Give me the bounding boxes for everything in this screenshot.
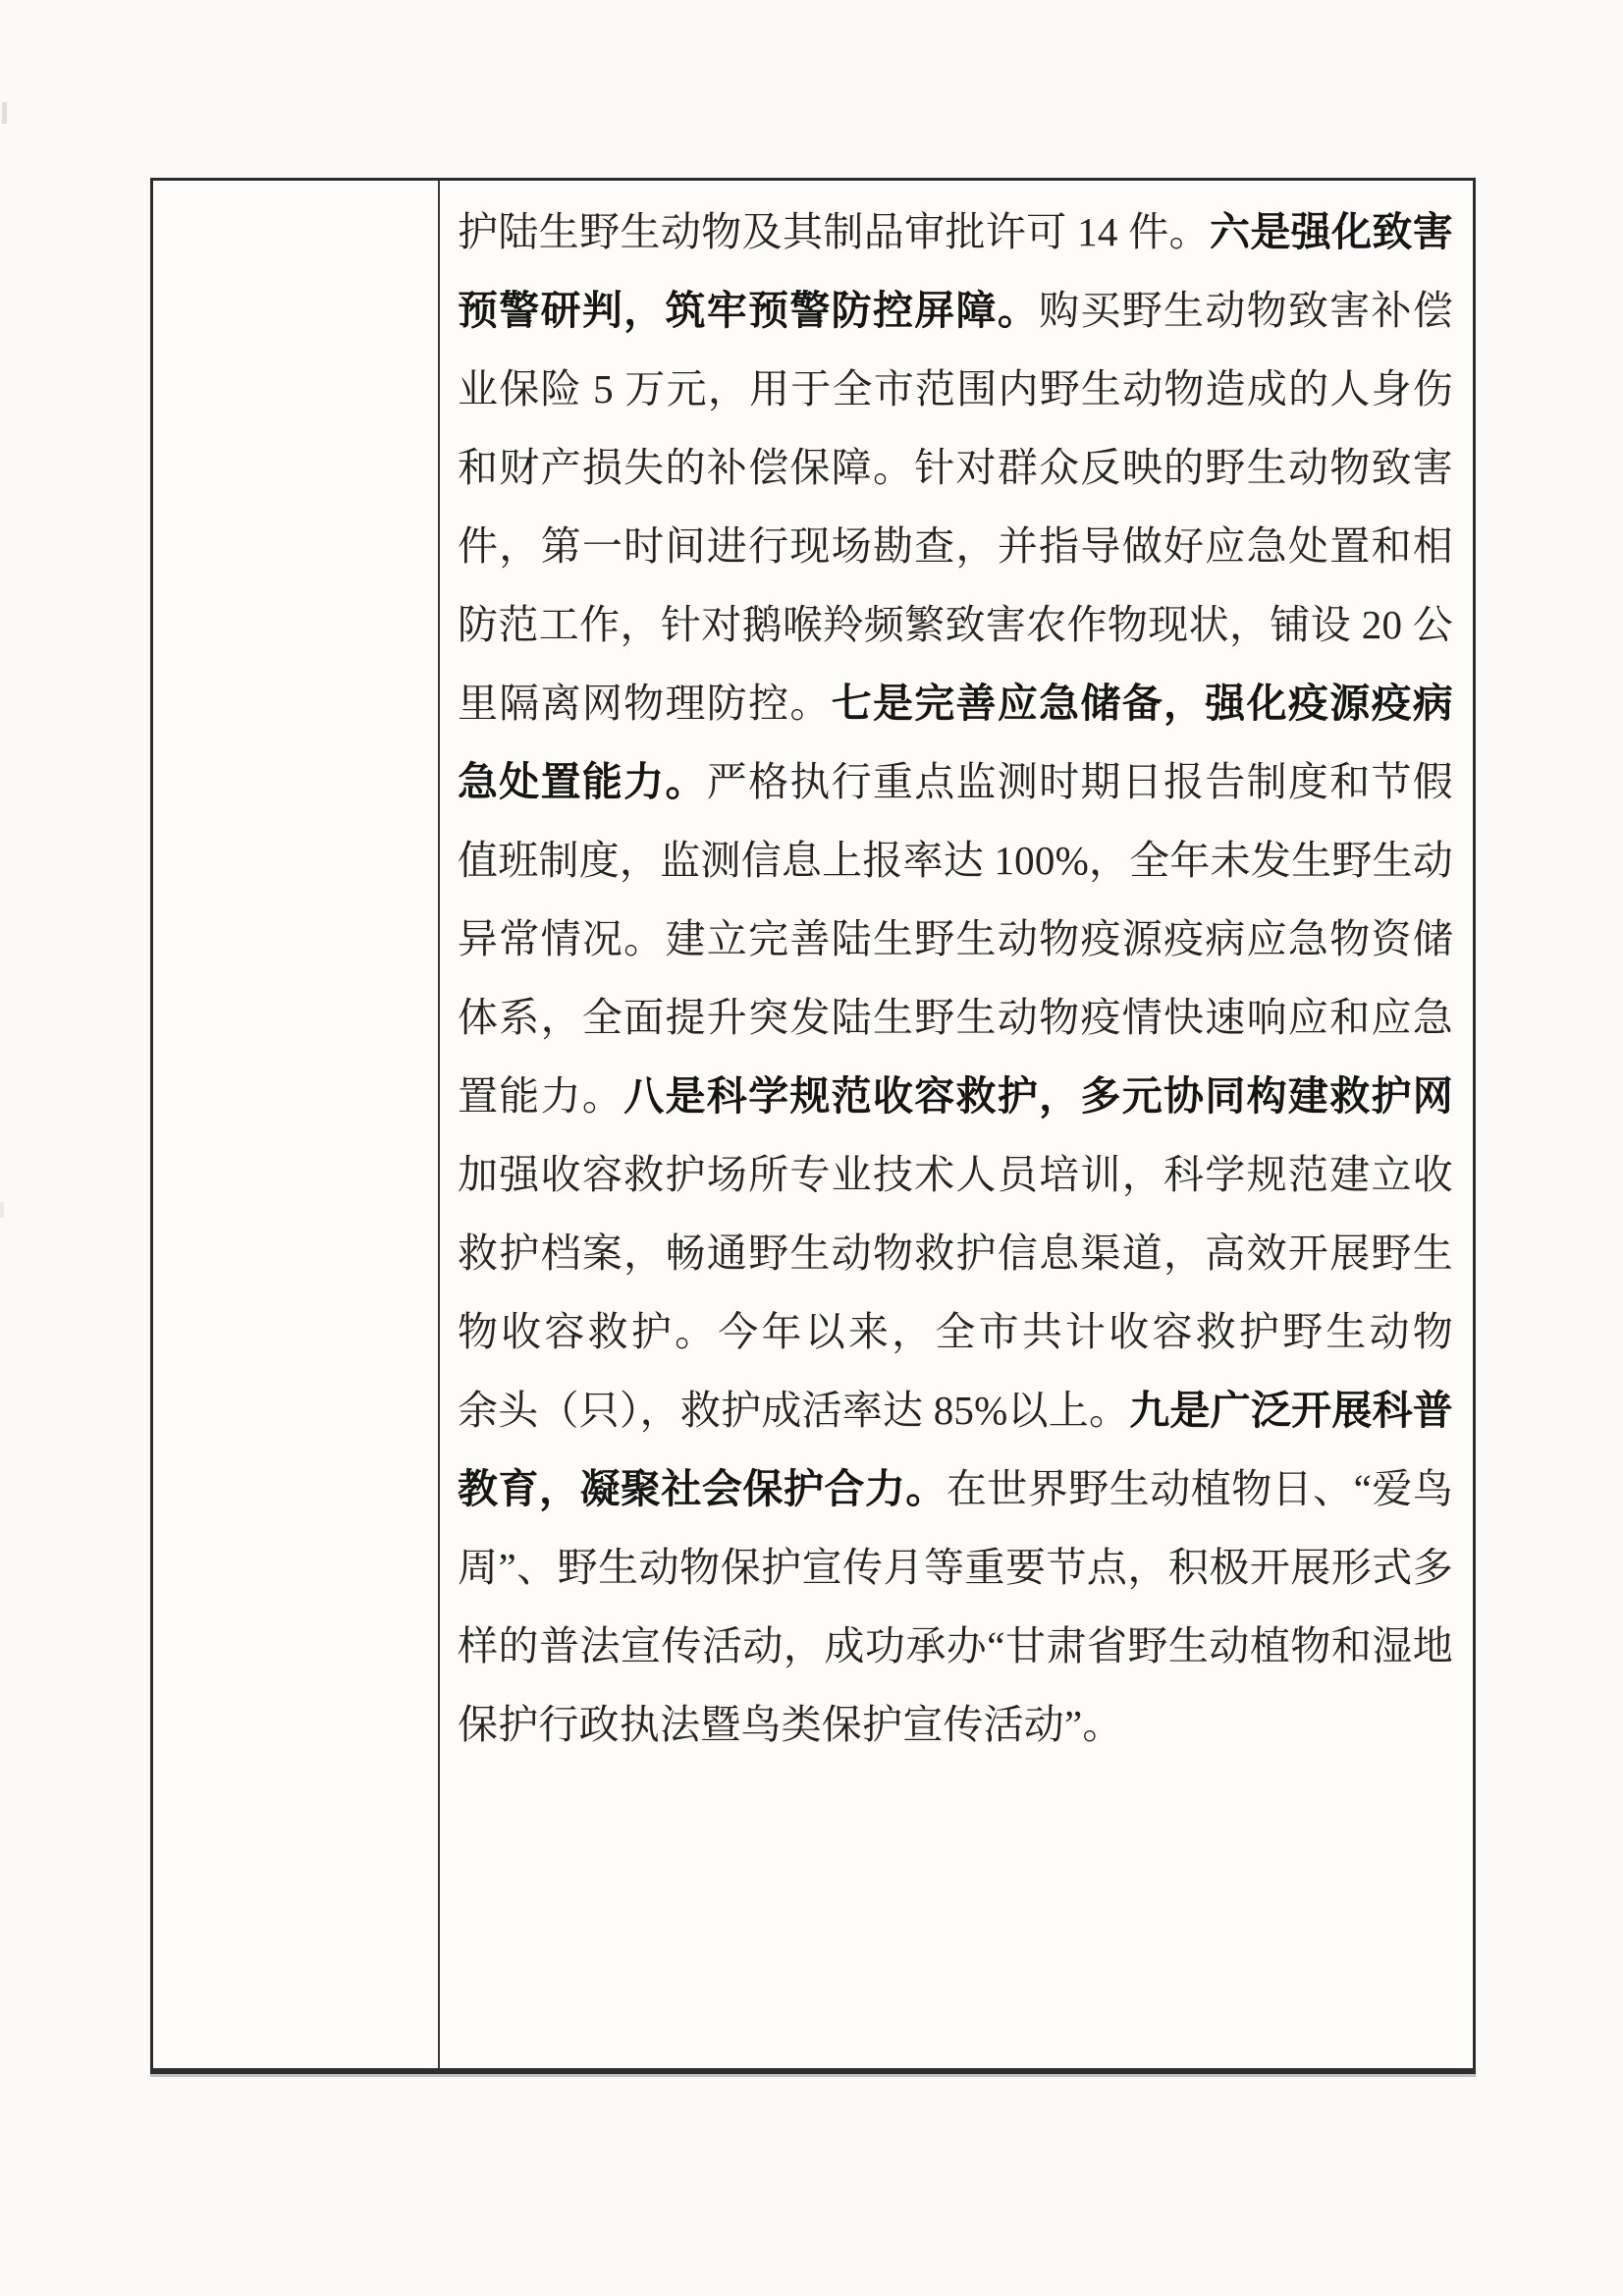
text-segment: 和财产损失的补偿保障。针对群众反映的野生动物致害事 bbox=[458, 445, 1453, 507]
bold-text-segment: 教育，凝聚社会保护合力。 bbox=[458, 1466, 947, 1511]
text-line: 样的普法宣传活动，成功承办“甘肃省野生动植物和湿地 bbox=[458, 1607, 1453, 1685]
text-line: 件，第一时间进行现场勘查，并指导做好应急处置和相关 bbox=[458, 507, 1453, 585]
text-line: 物收容救护。今年以来，全市共计收容救护野生动物 150 bbox=[458, 1292, 1453, 1371]
text-segment: 体系，全面提升突发陆生野生动物疫情快速响应和应急处 bbox=[458, 995, 1453, 1057]
text-line: 置能力。八是科学规范收容救护，多元协同构建救护网络。 bbox=[458, 1057, 1453, 1135]
text-line: 余头（只），救护成活率达 85%以上。九是广泛开展科普 bbox=[458, 1371, 1453, 1449]
table-cell-label bbox=[153, 181, 440, 2068]
text-segment: 置能力。 bbox=[458, 1073, 623, 1119]
text-line: 预警研判，筑牢预警防控屏障。购买野生动物致害补偿商 bbox=[458, 271, 1453, 350]
text-line: 异常情况。建立完善陆生野生动物疫源疫病应急物资储备 bbox=[458, 900, 1453, 978]
report-table: 护陆生野生动物及其制品审批许可 14 件。六是强化致害预警研判，筑牢预警防控屏障… bbox=[150, 178, 1476, 2074]
text-segment: 余头（只），救护成活率达 85%以上。 bbox=[458, 1388, 1129, 1433]
text-line: 里隔离网物理防控。七是完善应急储备，强化疫源疫病应 bbox=[458, 664, 1453, 742]
text-line: 和财产损失的补偿保障。针对群众反映的野生动物致害事 bbox=[458, 428, 1453, 507]
text-segment: 护陆生野生动物及其制品审批许可 14 件。 bbox=[458, 209, 1210, 254]
bold-text-segment: 六是强化致害 bbox=[1210, 209, 1453, 254]
bold-text-segment: 预警研判，筑牢预警防控屏障。 bbox=[458, 288, 1039, 333]
text-line: 教育，凝聚社会保护合力。在世界野生动植物日、“爱鸟 bbox=[458, 1449, 1453, 1528]
text-line: 体系，全面提升突发陆生野生动物疫情快速响应和应急处 bbox=[458, 978, 1453, 1057]
text-line: 值班制度，监测信息上报率达 100%，全年未发生野生动物 bbox=[458, 821, 1453, 900]
text-segment: 在世界野生动植物日、“爱鸟 bbox=[947, 1466, 1453, 1511]
report-text: 护陆生野生动物及其制品审批许可 14 件。六是强化致害预警研判，筑牢预警防控屏障… bbox=[458, 192, 1453, 1764]
scan-artifact bbox=[2, 102, 7, 124]
text-line: 防范工作，针对鹅喉羚频繁致害农作物现状，铺设 20 公 bbox=[458, 585, 1453, 664]
text-line: 加强收容救护场所专业技术人员培训，科学规范建立收容 bbox=[458, 1135, 1453, 1214]
text-segment: 救护档案，畅通野生动物救护信息渠道，高效开展野生动 bbox=[458, 1230, 1453, 1292]
text-segment: 物收容救护。今年以来，全市共计收容救护野生动物 150 bbox=[458, 1309, 1453, 1371]
text-segment: 加强收容救护场所专业技术人员培训，科学规范建立收容 bbox=[458, 1152, 1453, 1214]
bold-text-segment: 急处置能力。 bbox=[458, 759, 707, 804]
text-segment: 防范工作，针对鹅喉羚频繁致害农作物现状，铺设 20 公 bbox=[458, 602, 1453, 647]
scan-artifact bbox=[0, 1202, 4, 1218]
text-segment: 异常情况。建立完善陆生野生动物疫源疫病应急物资储备 bbox=[458, 916, 1453, 978]
text-segment: 业保险 5 万元，用于全市范围内野生动物造成的人身伤害 bbox=[458, 366, 1453, 428]
text-line: 护陆生野生动物及其制品审批许可 14 件。六是强化致害 bbox=[458, 192, 1453, 271]
text-line: 救护档案，畅通野生动物救护信息渠道，高效开展野生动 bbox=[458, 1214, 1453, 1292]
text-segment: 保护行政执法暨鸟类保护宣传活动”。 bbox=[458, 1702, 1123, 1747]
text-segment: 件，第一时间进行现场勘查，并指导做好应急处置和相关 bbox=[458, 523, 1453, 585]
text-line: 急处置能力。严格执行重点监测时期日报告制度和节假日 bbox=[458, 742, 1453, 821]
text-segment: 值班制度，监测信息上报率达 100%，全年未发生野生动物 bbox=[458, 838, 1453, 900]
text-segment: 周”、野生动物保护宣传月等重要节点，积极开展形式多 bbox=[458, 1545, 1453, 1590]
bold-text-segment: 九是广泛开展科普 bbox=[1129, 1388, 1453, 1433]
text-segment: 样的普法宣传活动，成功承办“甘肃省野生动植物和湿地 bbox=[458, 1623, 1453, 1668]
table-cell-content: 护陆生野生动物及其制品审批许可 14 件。六是强化致害预警研判，筑牢预警防控屏障… bbox=[440, 181, 1473, 2068]
text-line: 业保险 5 万元，用于全市范围内野生动物造成的人身伤害 bbox=[458, 350, 1453, 428]
text-line: 保护行政执法暨鸟类保护宣传活动”。 bbox=[458, 1685, 1453, 1764]
text-segment: 里隔离网物理防控。 bbox=[458, 681, 832, 726]
text-line: 周”、野生动物保护宣传月等重要节点，积极开展形式多 bbox=[458, 1528, 1453, 1607]
